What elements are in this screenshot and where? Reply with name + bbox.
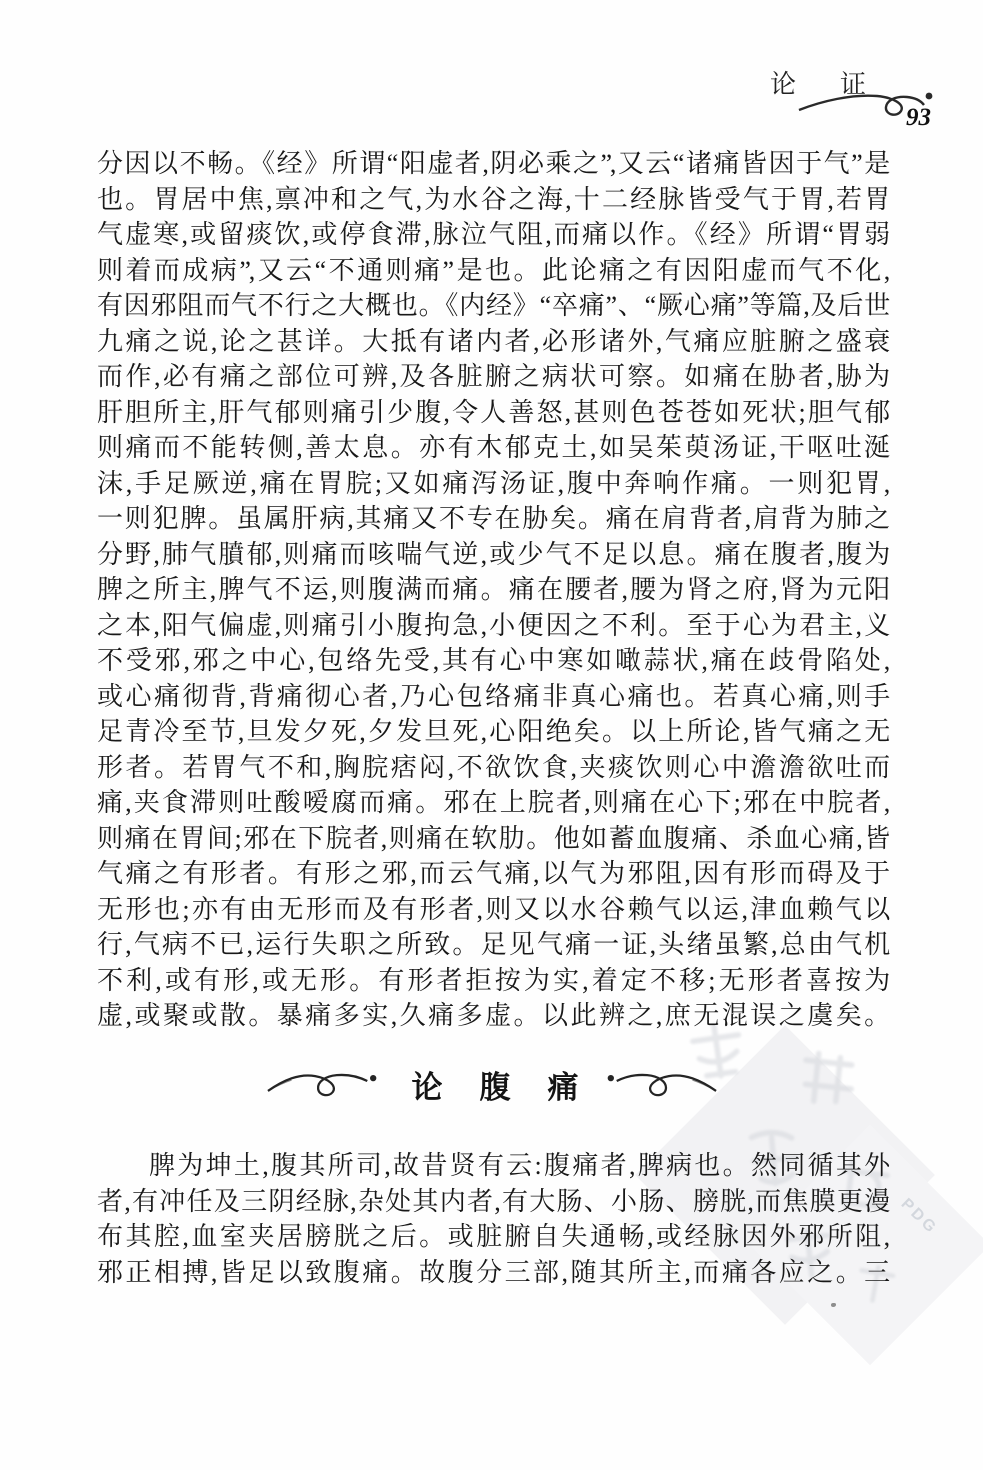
text-line: 也。胃居中焦,禀冲和之气,为水谷之海,十二经脉皆受气于胃,若胃: [97, 182, 888, 218]
text-line: 之本,阳气偏虚,则痛引小腹拘急,小便因之不利。至于心为君主,义: [97, 608, 888, 644]
book-page: PDG 论证 93 分因以不畅。《经》所谓“阳虚者,阴必乘之”,又云“诸痛皆因于…: [0, 0, 983, 1470]
text-line: 形者。若胃气不和,胸脘痞闷,不欲饮食,夹痰饮则心中澹澹欲吐而: [97, 750, 888, 786]
text-line: 沫,手足厥逆,痛在胃脘;又如痛泻汤证,腹中奔响作痛。一则犯胃,: [97, 466, 888, 502]
text-line: 无形也;亦有由无形而及有形者,则又以水谷赖气以运,津血赖气以: [97, 892, 888, 928]
text-line: 虚,或聚或散。暴痛多实,久痛多虚。以此辨之,庶无混误之虞矣。: [97, 998, 888, 1034]
text-line: 脾为坤土,腹其所司,故昔贤有云:腹痛者,脾病也。然同循其外: [97, 1148, 888, 1184]
watermark-pdg-text: PDG: [897, 1195, 941, 1238]
section-heading: 论腹痛: [398, 1062, 616, 1107]
text-line: 肝胆所主,肝气郁则痛引少腹,令人善怒,甚则色苍苍如死状;胆气郁: [97, 395, 888, 431]
text-line: 九痛之说,论之甚详。大抵有诸内者,必形诸外,气痛应脏腑之盛衰: [97, 324, 888, 360]
text-line: 不利,或有形,或无形。有形者拒按为实,着定不移;无形者喜按为: [97, 963, 888, 999]
text-line: 布其腔,血室夹居膀胱之后。或脏腑自失通畅,或经脉因外邪所阻,: [97, 1219, 888, 1255]
text-line: 气痛之有形者。有形之邪,而云气痛,以气为邪阻,因有形而碍及于: [97, 856, 888, 892]
section-heading-row: 论腹痛: [0, 1058, 983, 1110]
text-line: 则着而成病”,又云“不通则痛”是也。此论痛之有因阳虚而气不化,: [97, 253, 888, 289]
heading-flourish-right: [600, 1063, 718, 1105]
text-line: 分因以不畅。《经》所谓“阳虚者,阴必乘之”,又云“诸痛皆因于气”是: [97, 146, 888, 182]
scan-speck: [831, 1303, 836, 1307]
text-line: 则痛而不能转侧,善太息。亦有木郁克土,如吴茱萸汤证,干呕吐涎: [97, 430, 888, 466]
heading-flourish-left: [266, 1063, 384, 1105]
text-line: 有因邪阻而气不行之大概也。《内经》“卒痛”、“厥心痛”等篇,及后世: [97, 288, 888, 324]
text-line: 痛,夹食滞则吐酸嗳腐而痛。邪在上脘者,则痛在心下;邪在中脘者,: [97, 785, 888, 821]
paragraph-qi-pain: 分因以不畅。《经》所谓“阳虚者,阴必乘之”,又云“诸痛皆因于气”是也。胃居中焦,…: [97, 146, 888, 1034]
text-line: 行,气病不已,运行失职之所致。足见气痛一证,头绪虽繁,总由气机: [97, 927, 888, 963]
text-line: 一则犯脾。虽属肝病,其痛又不专在胁矣。痛在肩背者,肩背为肺之: [97, 501, 888, 537]
text-line: 气虚寒,或留痰饮,或停食滞,脉泣气阻,而痛以作。《经》所谓“胃弱: [97, 217, 888, 253]
text-line: 脾之所主,脾气不运,则腹满而痛。痛在腰者,腰为肾之府,肾为元阳: [97, 572, 888, 608]
text-line: 足青冷至节,旦发夕死,夕发旦死,心阳绝矣。以上所论,皆气痛之无: [97, 714, 888, 750]
page-number: 93: [906, 104, 931, 132]
text-line: 不受邪,邪之中心,包络先受,其有心中寒如噉蒜状,痛在歧骨陷处,: [97, 643, 888, 679]
text-line: 而作,必有痛之部位可辨,及各脏腑之病状可察。如痛在胁者,胁为: [97, 359, 888, 395]
text-line: 者,有冲任及三阴经脉,杂处其内者,有大肠、小肠、膀胱,而焦膜更漫: [97, 1184, 888, 1220]
text-line: 分野,肺气膹郁,则痛而咳喘气逆,或少气不足以息。痛在腹者,腹为: [97, 537, 888, 573]
text-line: 邪正相搏,皆足以致腹痛。故腹分三部,随其所主,而痛各应之。三: [97, 1255, 888, 1291]
paragraph-abdominal-pain: 脾为坤土,腹其所司,故昔贤有云:腹痛者,脾病也。然同循其外者,有冲任及三阴经脉,…: [97, 1148, 888, 1290]
text-line: 则痛在胃间;邪在下脘者,则痛在软肋。他如蓄血腹痛、杀血心痛,皆: [97, 821, 888, 857]
text-line: 或心痛彻背,背痛彻心者,乃心包络痛非真心痛也。若真心痛,则手: [97, 679, 888, 715]
